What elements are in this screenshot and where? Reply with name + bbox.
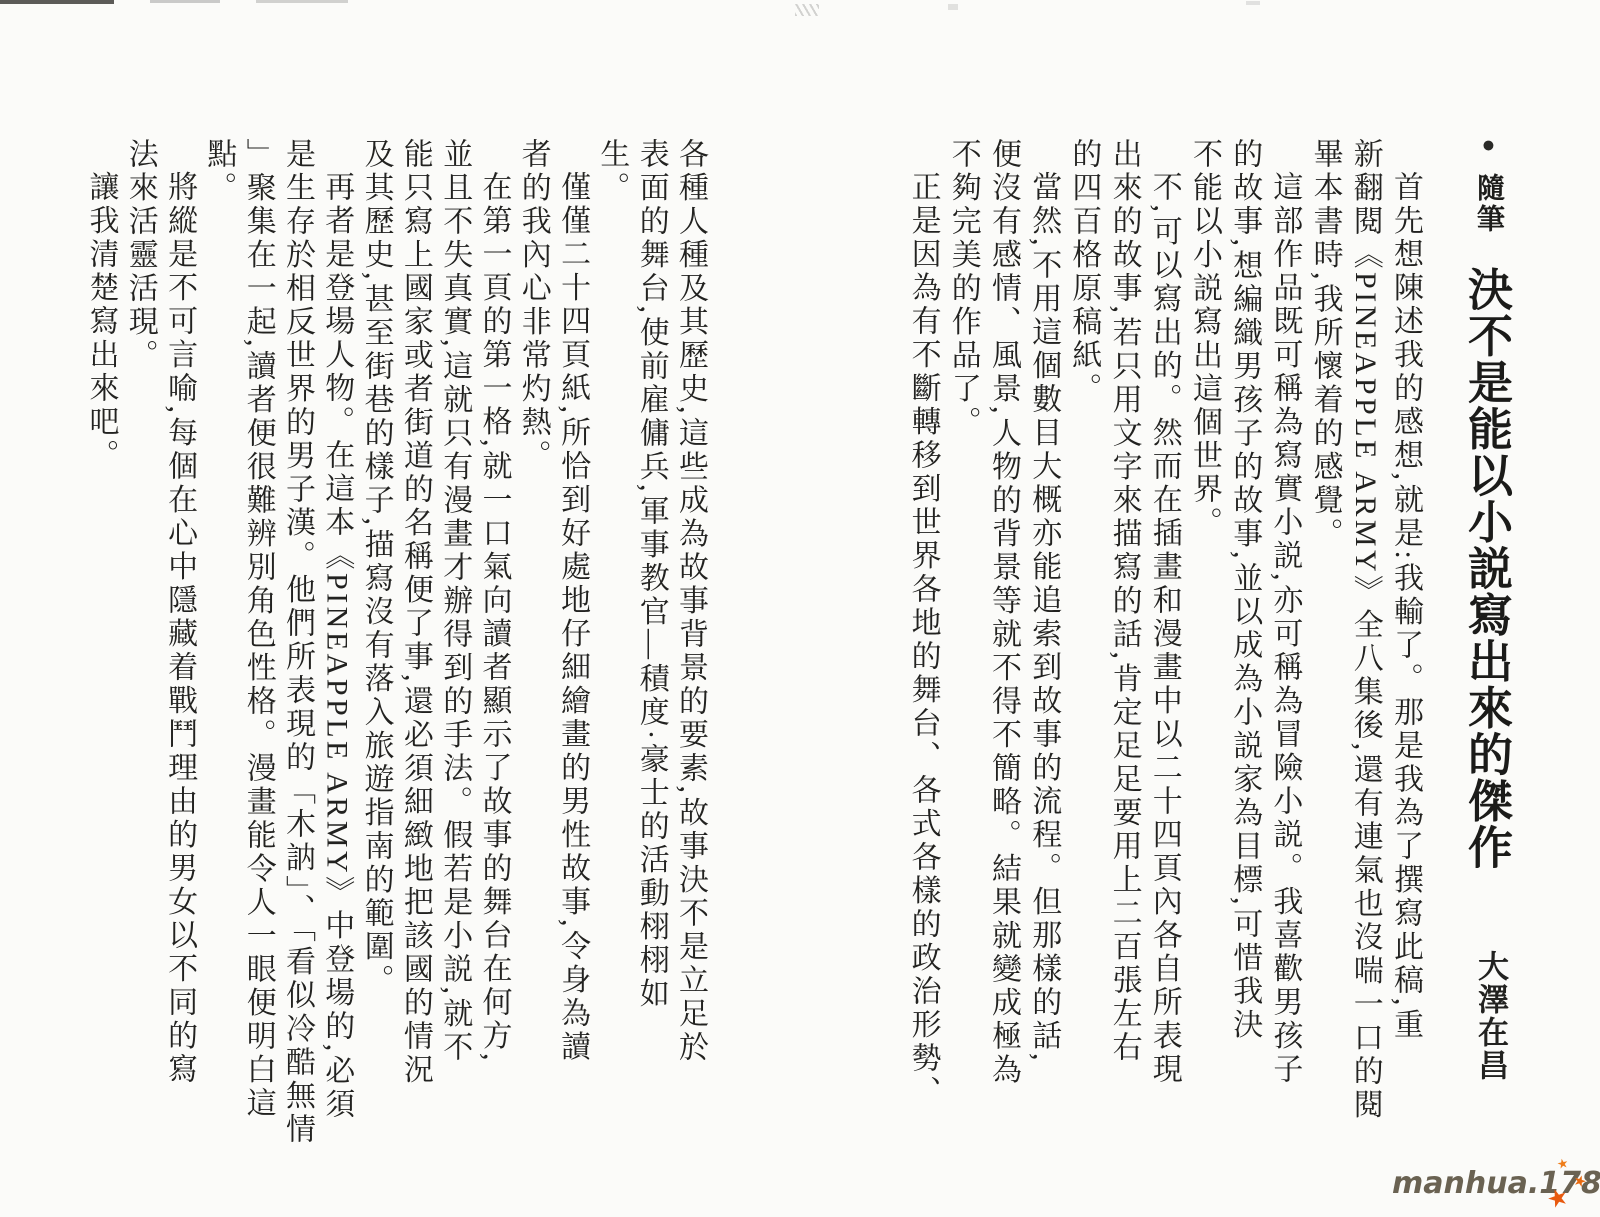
scan-artifact xyxy=(795,4,819,16)
text-column: 讓我清楚寫出來吧。 xyxy=(81,138,121,1161)
text-column: 不夠完美的作品了。 xyxy=(943,138,983,1128)
text-column: 表面的舞台,使前雇傭兵,軍事教官—積度·豪士的活動栩栩如 xyxy=(631,138,671,1128)
essay-header-label: 隨筆 xyxy=(1473,173,1504,235)
text-column: 在第一頁的第一格,就一口氣向讀者顯示了故事的舞台在何方, xyxy=(474,138,514,1161)
page-title: 決不是能以小説寫出來的傑作 xyxy=(1460,266,1512,906)
text-column: 是生存於相反世界的男子漢。他們所表現的「木訥」、「看似冷酷無情 xyxy=(277,138,317,1128)
text-column: 點。 xyxy=(198,138,238,1128)
text-column: 法來活靈活現。 xyxy=(120,138,160,1128)
text-column: 新翻閱《PINEAPPLE ARMY》全八集後,還有連氣也沒喘一口的閱 xyxy=(1345,138,1385,1128)
text-column: 能只寫上國家或者街道的名稱便了事,還必須細緻地把該國的情況 xyxy=(395,138,435,1128)
text-column: 及其歷史,甚至街巷的樣子,描寫沒有落入旅遊指南的範圍。 xyxy=(356,138,396,1128)
text-column: 首先想陳述我的感想,就是:我輸了。那是我為了撰寫此稿,重 xyxy=(1385,138,1425,1161)
text-column: 」聚集在一起,讀者便很難辨別角色性格。漫畫能令人一眼便明白這 xyxy=(238,138,278,1128)
watermark-text: manhua.178.com xyxy=(1392,1166,1600,1201)
text-column: 各種人種及其歷史,這些成為故事背景的要素,故事決不是立足於 xyxy=(670,138,710,1128)
text-column: 畢本書時,我所懷着的感覺。 xyxy=(1305,138,1345,1128)
text-column: 不,可以寫出的。然而在插畫和漫畫中以二十四頁內各自所表現 xyxy=(1144,138,1184,1161)
text-column: 不能以小説寫出這個世界。 xyxy=(1184,138,1224,1128)
text-column: 正是因為有不斷轉移到世界各地的舞台、各式各樣的政治形勢、 xyxy=(903,138,943,1161)
scanned-page: ● 隨筆 決不是能以小説寫出來的傑作 大澤在昌 首先想陳述我的感想,就是:我輸了… xyxy=(0,0,1600,1217)
scan-artifact xyxy=(150,0,220,3)
text-column: 出來的故事,若只用文字來描寫的話,肯定足足要用上二百張左右 xyxy=(1104,138,1144,1128)
text-column: 這部作品既可稱為寫實小説,亦可稱為冒險小説。我喜歡男孩子 xyxy=(1264,138,1304,1161)
text-column: 將縱是不可言喻,每個在心中隱藏着戰鬥理由的男女以不同的寫 xyxy=(159,138,199,1161)
essay-header: ● 隨筆 xyxy=(1468,132,1508,262)
text-column: 者的我內心非常灼熱。 xyxy=(513,138,553,1128)
text-column: 僅僅二十四頁紙,所恰到好處地仔細繪畫的男性故事,令身為讀 xyxy=(552,138,592,1161)
scan-artifact xyxy=(0,0,114,4)
author-name: 大澤在昌 xyxy=(1468,950,1513,1110)
scan-artifact xyxy=(256,0,348,3)
scan-artifact xyxy=(948,4,958,10)
text-column: 生。 xyxy=(591,138,631,1128)
bullet-icon: ● xyxy=(1476,132,1501,163)
text-column: 當然,不用這個數目大概亦能追索到故事的流程。但那樣的話, xyxy=(1023,138,1063,1161)
star-icon: ★ xyxy=(1556,1157,1570,1172)
text-column: 的故事,想編織男孩子的故事,並以成為小説家為目標,可惜我決 xyxy=(1224,138,1264,1128)
scan-artifact xyxy=(1246,1,1260,5)
watermark: manhua.178.com ★ ★ ★ xyxy=(1392,1166,1600,1216)
text-column: 再者是登場人物。在這本《PINEAPPLE ARMY》中登場的,必須 xyxy=(316,138,356,1161)
text-column: 便沒有感情、風景,人物的背景等就不得不簡略。結果就變成極為 xyxy=(983,138,1023,1128)
text-column: 的四百格原稿紙。 xyxy=(1063,138,1103,1128)
text-column: 並且不失真實,這就只有漫畫才辦得到的手法。假若是小説,就不 xyxy=(434,138,474,1128)
